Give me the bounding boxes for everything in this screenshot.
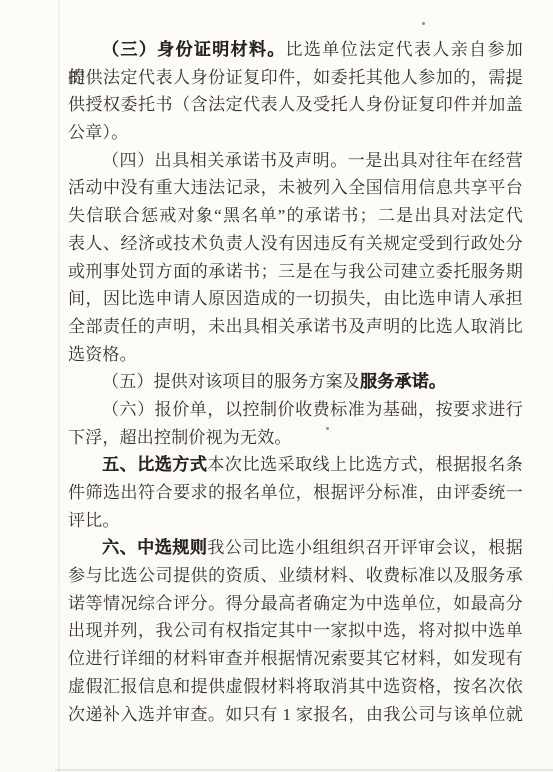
text-segment: 出现并列，我公司有权指定其中一家拟中选，将对拟中选单 bbox=[68, 621, 523, 640]
text-line: 间，因比选申请人原因造成的一切损失，由比选申请人承担 bbox=[68, 285, 523, 313]
text-line: （六）报价单，以控制价收费标准为基础，按要求进行 bbox=[68, 396, 523, 424]
text-segment: 诺等情况综合评分。得分最高者确定为中选单位，如最高分 bbox=[68, 594, 523, 613]
text-line: 下浮，超出控制价视为无效。 bbox=[68, 424, 523, 452]
text-segment: 评比。 bbox=[68, 511, 120, 530]
text-segment: 全部责任的声明，未出具相关承诺书及声明的比选人取消比 bbox=[68, 317, 523, 336]
scan-speck bbox=[422, 22, 425, 25]
text-line: 次递补入选并审查。如只有 1 家报名，由我公司与该单位就 bbox=[68, 701, 523, 729]
text-segment: 选资格。 bbox=[68, 345, 137, 364]
text-line: 参与比选公司提供的资质、业绩材料、收费标准以及服务承 bbox=[68, 562, 523, 590]
scan-bottom-edge bbox=[55, 769, 553, 771]
text-line: 六、中选规则我公司比选小组组织召开评审会议，根据 bbox=[68, 534, 523, 562]
text-segment: 我公司比选小组组织召开评审会议，根据 bbox=[207, 538, 523, 557]
text-line: 五、比选方式本次比选采取线上比选方式，根据报名条 bbox=[68, 451, 523, 479]
text-segment: 下浮，超出控制价视为无效。 bbox=[68, 428, 292, 447]
text-line: 诺等情况综合评分。得分最高者确定为中选单位，如最高分 bbox=[68, 590, 523, 618]
text-line: （五）提供对该项目的服务方案及服务承诺。 bbox=[68, 368, 523, 396]
text-line: 虚假汇报信息和提供虚假材料将取消其中选资格，按名次依 bbox=[68, 673, 523, 701]
text-line: 件筛选出符合要求的报名单位，根据评分标准，由评委统一 bbox=[68, 479, 523, 507]
text-segment: 供授权委托书（含法定代表人及受托人身份证复印件并加盖 bbox=[68, 95, 523, 114]
text-line: 评比。 bbox=[68, 507, 523, 535]
text-line: 失信联合惩戒对象“黑名单”的承诺书；二是出具对法定代 bbox=[68, 202, 523, 230]
scan-fold-line bbox=[58, 0, 60, 772]
text-line: 表人、经济或技术负责人没有因违反有关规定受到行政处分 bbox=[68, 230, 523, 258]
text-block: （三）身份证明材料。比选单位法定代表人亲自参加的，提供法定代表人身份证复印件，如… bbox=[68, 36, 523, 728]
text-segment: 六、中选规则 bbox=[102, 538, 207, 557]
text-segment: 五、比选方式 bbox=[102, 455, 207, 474]
text-line: 出现并列，我公司有权指定其中一家拟中选，将对拟中选单 bbox=[68, 617, 523, 645]
text-segment: 虚假汇报信息和提供虚假材料将取消其中选资格，按名次依 bbox=[68, 677, 523, 696]
text-line: （三）身份证明材料。比选单位法定代表人亲自参加的， bbox=[68, 36, 523, 64]
text-line: 或刑事处罚方面的承诺书；三是在与我公司建立委托服务期 bbox=[68, 258, 523, 286]
text-segment: （六）报价单，以控制价收费标准为基础，按要求进行 bbox=[102, 400, 523, 419]
text-line: 活动中没有重大违法记录，未被列入全国信用信息共享平台 bbox=[68, 174, 523, 202]
text-line: 全部责任的声明，未出具相关承诺书及声明的比选人取消比 bbox=[68, 313, 523, 341]
text-segment: 服务承诺。 bbox=[360, 372, 446, 391]
text-line: 公章）。 bbox=[68, 119, 523, 147]
text-segment: 件筛选出符合要求的报名单位，根据评分标准，由评委统一 bbox=[68, 483, 523, 502]
text-segment: 失信联合惩戒对象“黑名单”的承诺书；二是出具对法定代 bbox=[68, 206, 523, 225]
text-line: （四）出具相关承诺书及声明。一是出具对往年在经营 bbox=[68, 147, 523, 175]
text-segment: 或刑事处罚方面的承诺书；三是在与我公司建立委托服务期 bbox=[68, 262, 523, 281]
text-segment: 参与比选公司提供的资质、业绩材料、收费标准以及服务承 bbox=[68, 566, 523, 585]
text-segment: （三）身份证明材料。 bbox=[102, 40, 286, 59]
text-segment: （五）提供对该项目的服务方案及 bbox=[102, 372, 360, 391]
text-line: 供授权委托书（含法定代表人及受托人身份证复印件并加盖 bbox=[68, 91, 523, 119]
text-segment: 间，因比选申请人原因造成的一切损失，由比选申请人承担 bbox=[68, 289, 523, 308]
text-segment: （四）出具相关承诺书及声明。一是出具对往年在经营 bbox=[102, 151, 523, 170]
text-segment: 活动中没有重大违法记录，未被列入全国信用信息共享平台 bbox=[68, 178, 523, 197]
text-segment: 位进行详细的材料审查并根据情况索要其它材料，如发现有 bbox=[68, 649, 523, 668]
document-page: （三）身份证明材料。比选单位法定代表人亲自参加的，提供法定代表人身份证复印件，如… bbox=[0, 0, 553, 772]
text-line: 提供法定代表人身份证复印件，如委托其他人参加的，需提 bbox=[68, 64, 523, 92]
text-segment: 公章）。 bbox=[68, 123, 128, 142]
text-segment: 本次比选采取线上比选方式，根据报名条 bbox=[207, 455, 523, 474]
text-segment: 提供法定代表人身份证复印件，如委托其他人参加的，需提 bbox=[68, 68, 523, 87]
text-line: 位进行详细的材料审查并根据情况索要其它材料，如发现有 bbox=[68, 645, 523, 673]
text-line: 选资格。 bbox=[68, 341, 523, 369]
text-segment: 次递补入选并审查。如只有 1 家报名，由我公司与该单位就 bbox=[68, 705, 523, 724]
text-segment: 表人、经济或技术负责人没有因违反有关规定受到行政处分 bbox=[68, 234, 523, 253]
